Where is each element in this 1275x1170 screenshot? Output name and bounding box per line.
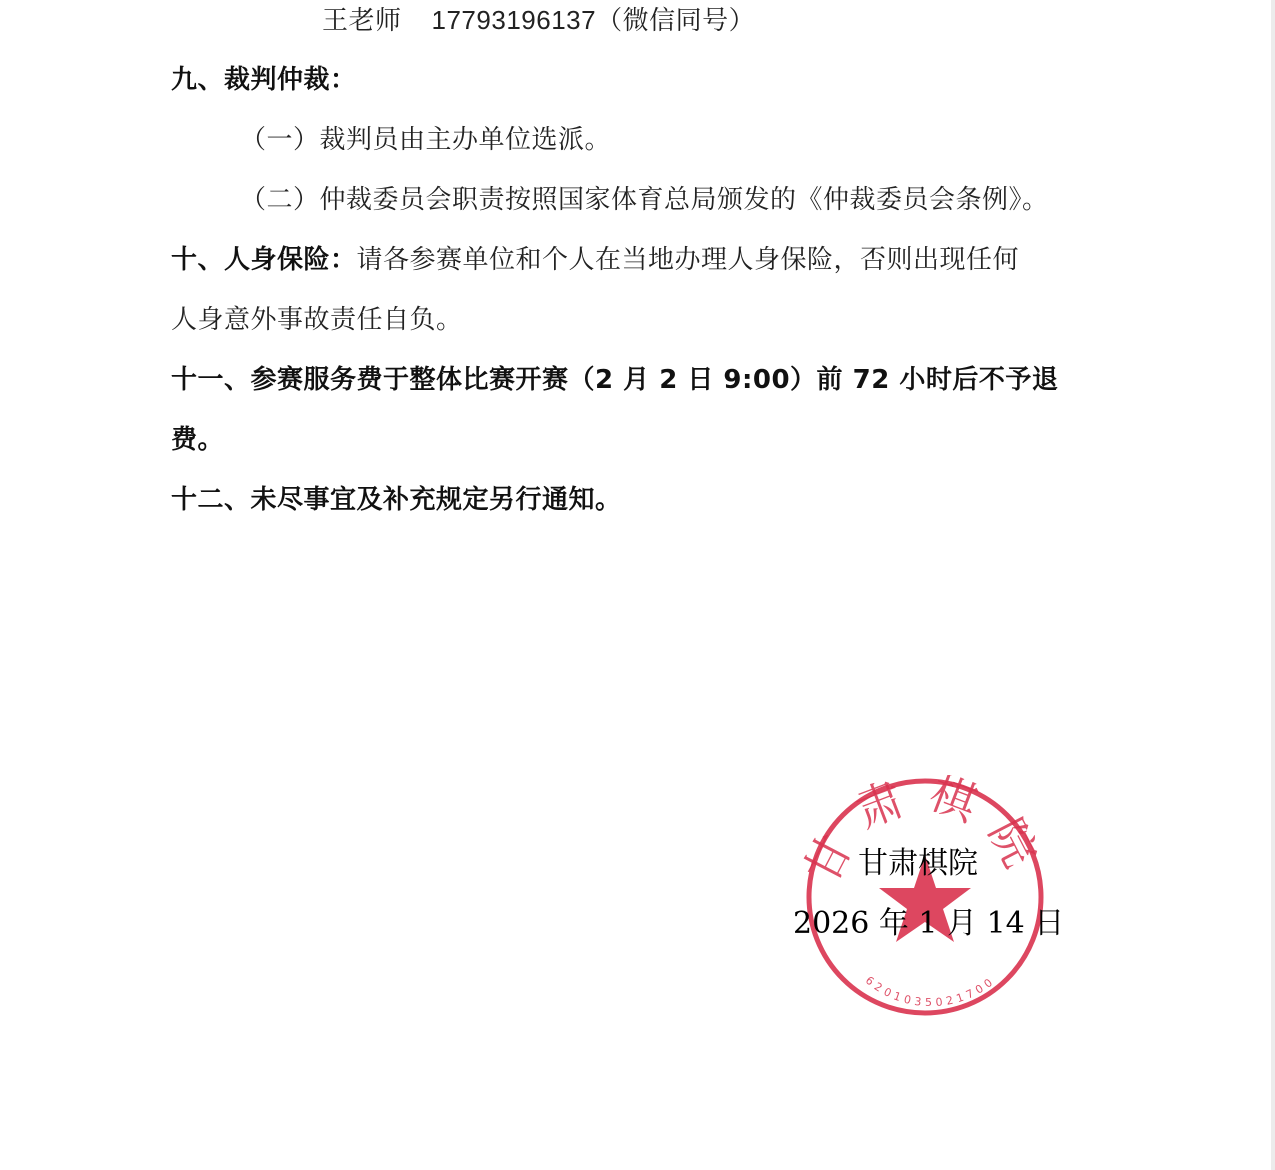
section-9-item-2: （二）仲裁委员会职责按照国家体育总局颁发的《仲裁委员会条例》。: [240, 182, 1049, 218]
section-10-text: 请各参赛单位和个人在当地办理人身保险，否则出现任何: [357, 245, 1020, 275]
section-10: 十、人身保险：请各参赛单位和个人在当地办理人身保险，否则出现任何: [171, 242, 1019, 278]
page-edge: [1271, 0, 1275, 1170]
section-11-line1: 十一、参赛服务费于整体比赛开赛（2 月 2 日 9:00）前 72 小时后不予退: [171, 362, 1058, 398]
signature-date: 2026 年 1 月 14 日: [793, 898, 1064, 942]
section-9-heading: 九、裁判仲裁：: [171, 62, 357, 98]
official-seal-stamp: 甘肃棋院 6201035021700: [803, 775, 1047, 1019]
section-9-item-1: （一）裁判员由主办单位选派。: [240, 122, 611, 158]
section-11-line2: 费。: [171, 422, 224, 458]
contact-name: 王老师: [322, 6, 402, 36]
contact-phone: 17793196137: [432, 5, 597, 35]
section-10-heading: 十、人身保险：: [171, 245, 357, 275]
contact-line: 王老师17793196137（微信同号）: [322, 2, 755, 39]
section-12: 十二、未尽事宜及补充规定另行通知。: [171, 482, 622, 518]
contact-note: （微信同号）: [596, 6, 755, 36]
signature-organization: 甘肃棋院: [858, 838, 978, 882]
section-10-text-cont: 人身意外事故责任自负。: [171, 302, 463, 338]
